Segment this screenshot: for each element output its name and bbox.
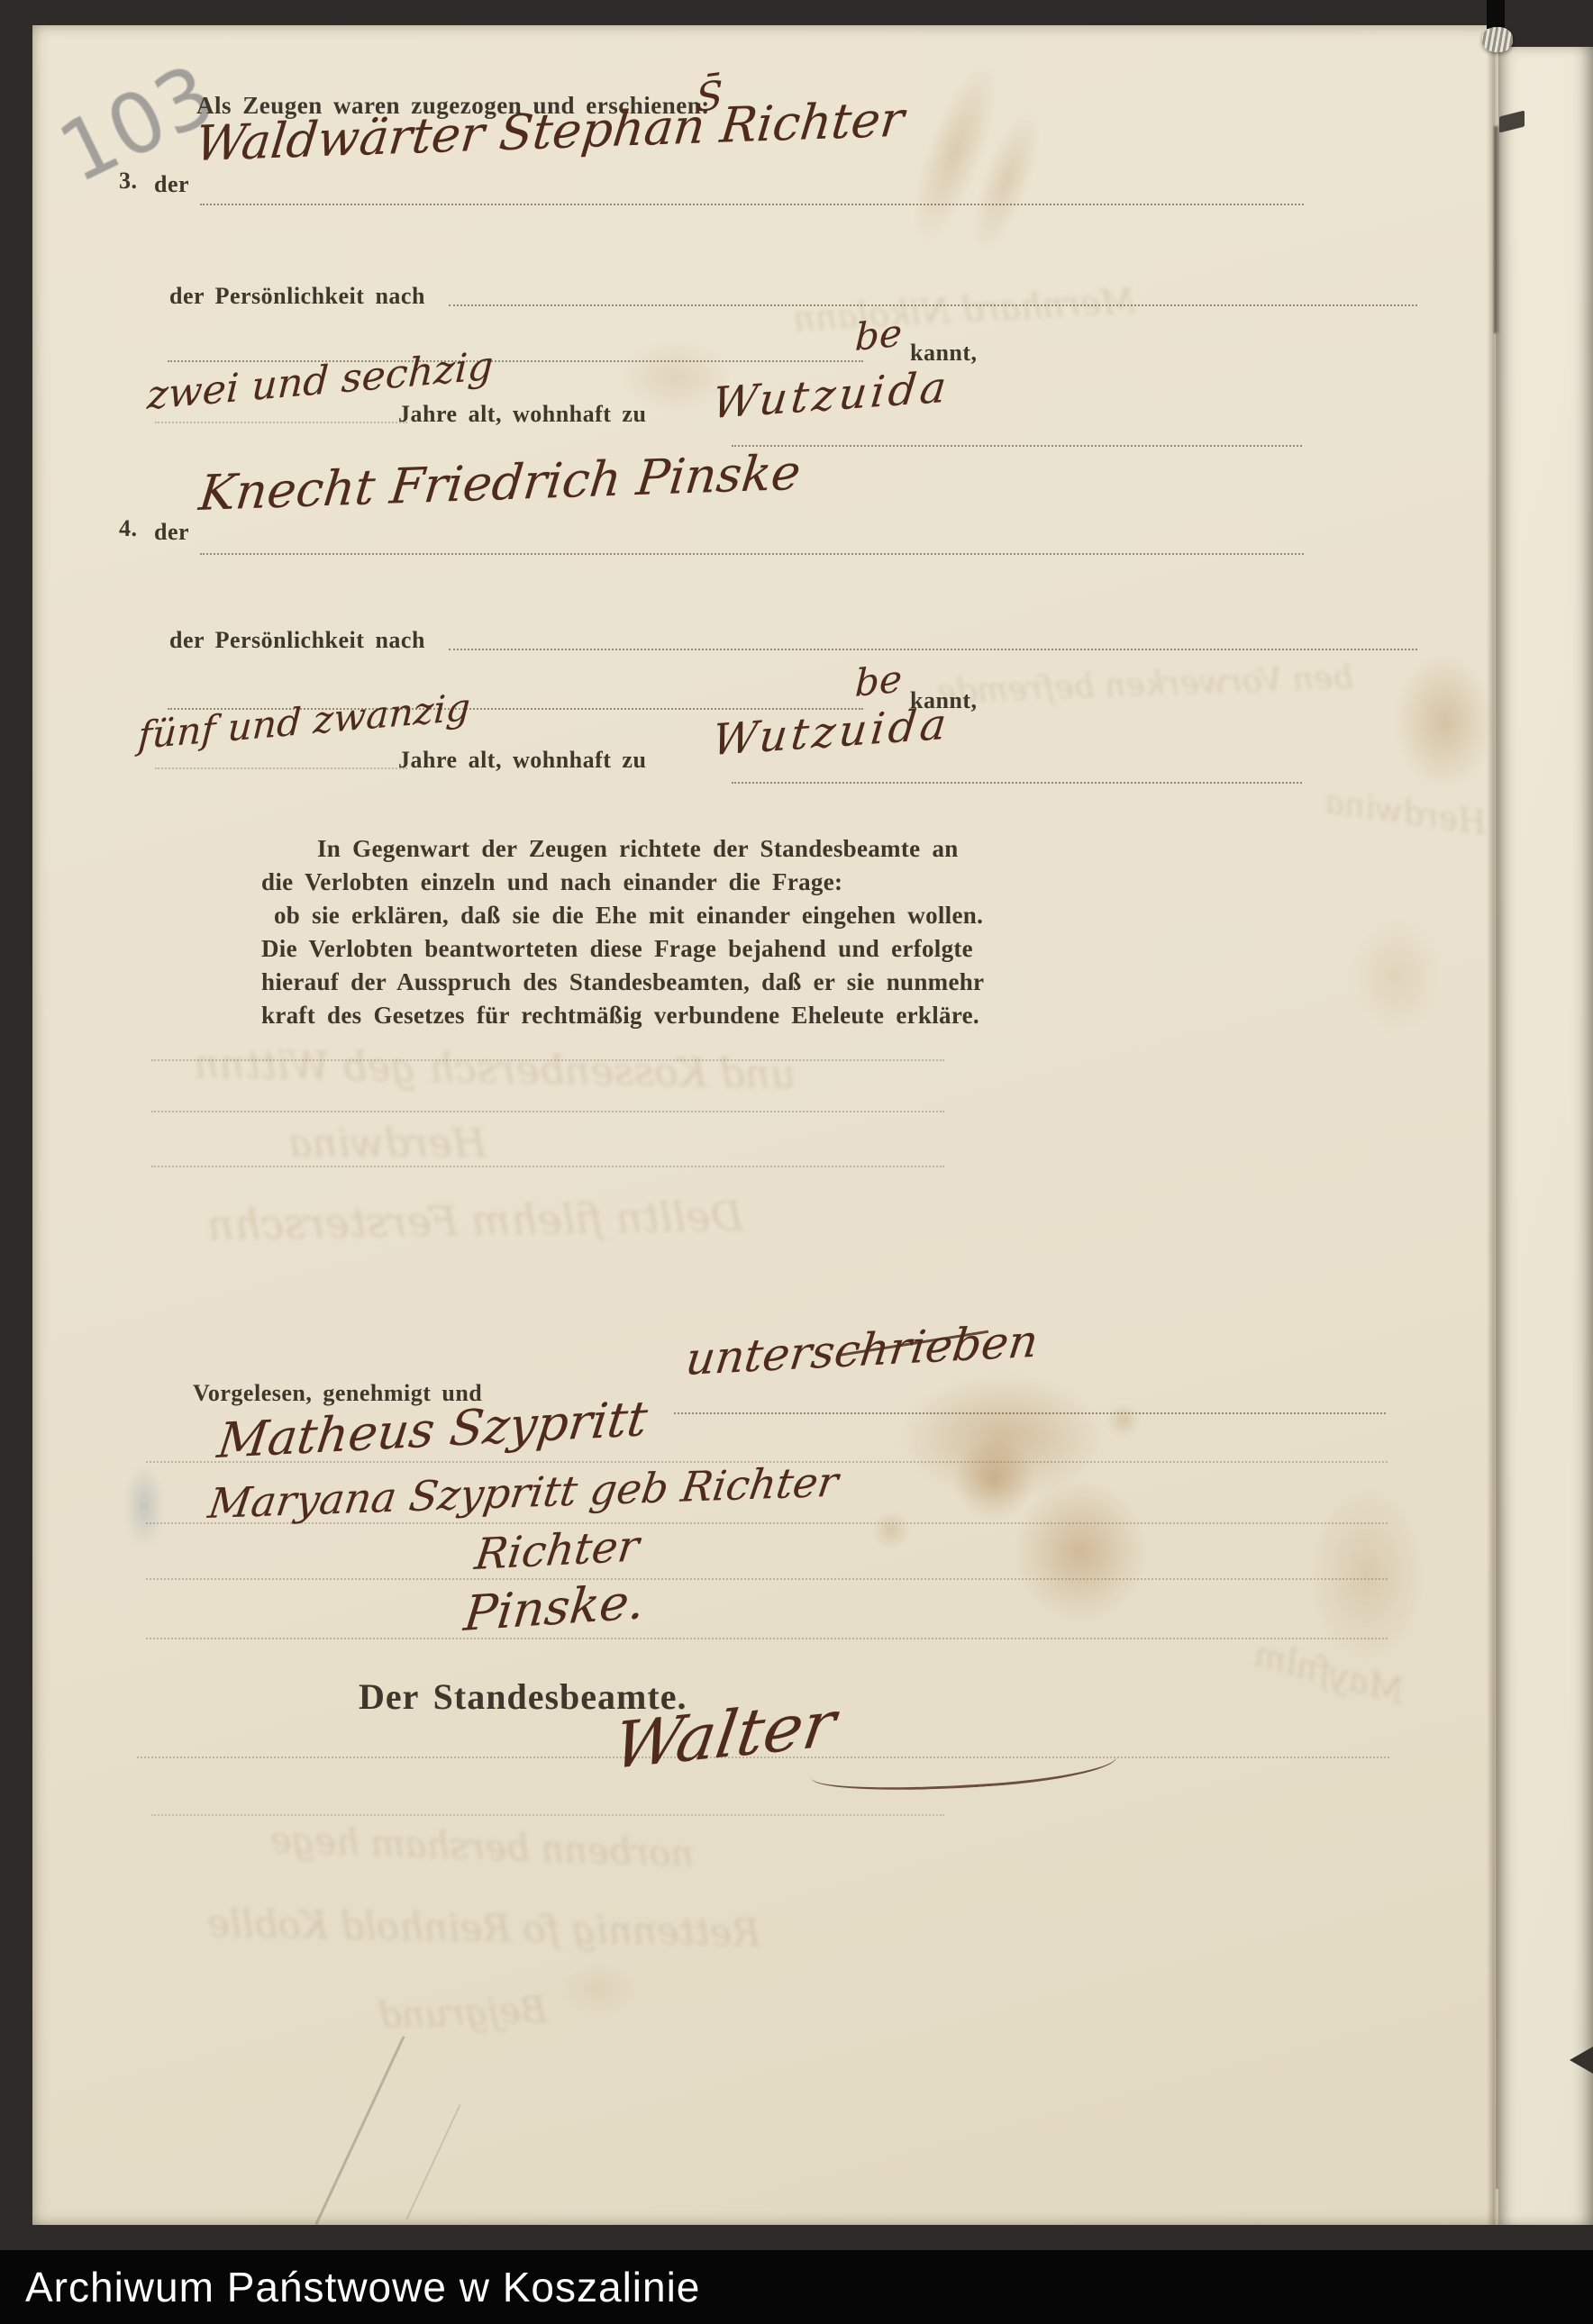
stain [1395, 654, 1494, 789]
declaration-line: kraft des Gesetzes für rechtmäßig verbun… [261, 999, 984, 1032]
binding-crease [1496, 333, 1498, 2189]
declaration-line: Die Verlobten beantworteten diese Frage … [261, 932, 984, 966]
persoenlichkeit-label: der Persönlichkeit nach [169, 627, 425, 654]
entry-article: der [154, 519, 189, 546]
dotted-line [151, 1059, 944, 1061]
paper-sheet [32, 25, 1498, 2225]
declaration-line: ob sie erklären, daß sie die Ehe mit ein… [261, 899, 984, 932]
declaration-paragraph: In Gegenwart der Zeugen richtete der Sta… [261, 832, 984, 1032]
archival-scan: Mernhard Nikolann ben Vorwerken befremde… [0, 0, 1593, 2324]
dotted-line [151, 1166, 944, 1167]
entry-number: 4. [119, 515, 138, 542]
adjacent-page-sliver [1498, 47, 1593, 2225]
entry-article: der [154, 171, 189, 198]
stain [559, 1962, 640, 2016]
stain [1013, 1479, 1148, 1623]
dotted-line [732, 445, 1302, 447]
bekannt-handwriting: be [854, 311, 903, 359]
archive-watermark-label: Archiwum Państwowe w Koszalinie [25, 2263, 700, 2311]
declaration-line: In Gegenwart der Zeugen richtete der Sta… [261, 832, 984, 866]
binding-crease [1494, 126, 1498, 333]
signature-handwriting: Richter [472, 1521, 642, 1580]
page-corner-mark [1570, 2047, 1593, 2074]
stitch-thread [1482, 27, 1513, 52]
ghost-bleedthrough: Delltn filehm Fersterschn [207, 1192, 744, 1249]
stain [1106, 1403, 1141, 1438]
ink-smudge [124, 1463, 164, 1549]
binding-seam [1487, 47, 1503, 2225]
ghost-bleedthrough: Herdwina [288, 1121, 487, 1167]
dotted-line [155, 422, 407, 423]
binding-gap [1487, 0, 1505, 29]
bekannt-handwriting: be [854, 657, 903, 705]
persoenlichkeit-label: der Persönlichkeit nach [169, 283, 425, 310]
dotted-line [674, 1412, 1386, 1414]
dotted-line [200, 204, 1304, 205]
declaration-line: hierauf der Ausspruch des Standesbeamten… [261, 966, 984, 999]
archive-watermark-bar: Archiwum Państwowe w Koszalinie [0, 2250, 1593, 2324]
dotted-line [146, 1638, 1388, 1639]
dotted-line [146, 1578, 1388, 1580]
dotted-line [449, 304, 1417, 306]
dotted-line [155, 767, 407, 769]
age-residence-label: Jahre alt, wohnhaft zu [398, 401, 646, 428]
stain [953, 1439, 1034, 1521]
dotted-line [200, 553, 1304, 555]
dotted-line [732, 782, 1302, 784]
age-residence-label: Jahre alt, wohnhaft zu [398, 747, 646, 774]
entry-number: 3. [119, 168, 138, 195]
declaration-line: die Verlobten einzeln und nach einander … [261, 866, 984, 899]
stain [1308, 1483, 1425, 1663]
dotted-line [151, 1111, 944, 1112]
dotted-line [151, 1814, 944, 1816]
stain [1352, 919, 1442, 1036]
ghost-bleedthrough: Bejgrund [378, 1990, 548, 2038]
dotted-line [449, 649, 1417, 650]
stain [872, 1512, 910, 1549]
